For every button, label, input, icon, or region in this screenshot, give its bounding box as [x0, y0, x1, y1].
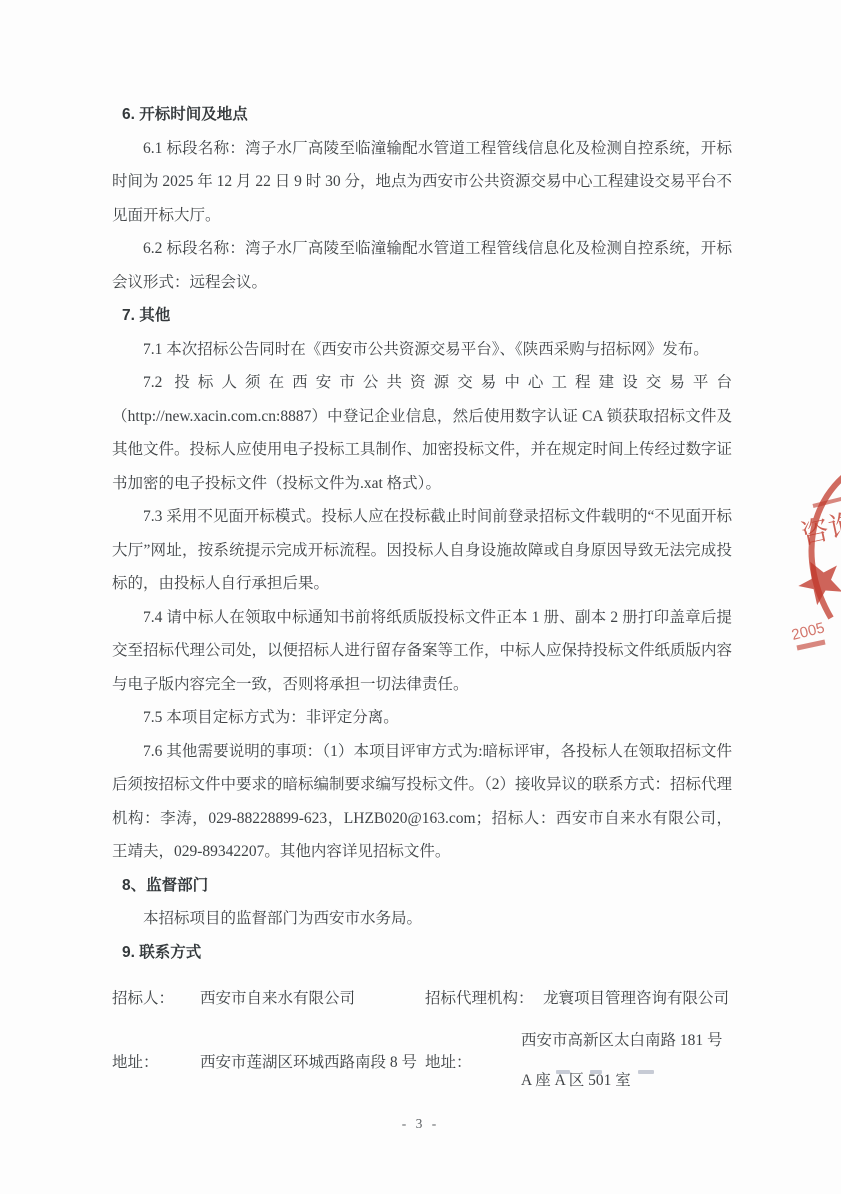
scan-artifact [638, 1070, 654, 1074]
paragraph-6-1: 6.1 标段名称：湾子水厂高陵至临潼输配水管道工程管线信息化及检测自控系统，开标… [112, 132, 732, 233]
section-6-heading: 6. 开标时间及地点 [112, 98, 732, 132]
scan-artifact [556, 1070, 570, 1074]
agency-address-line-2: A 座 A 区 501 室 [521, 1072, 631, 1089]
scan-artifact [590, 1070, 602, 1074]
agency-address-label: 地址： [425, 1050, 521, 1072]
contact-row-names: 招标人： 西安市自来水有限公司 招标代理机构： 龙寰项目管理咨询有限公司 [112, 975, 732, 1019]
paragraph-7-3: 7.3 采用不见面开标模式。投标人应在投标截止时间前登录招标文件载明的“不见面开… [112, 500, 732, 601]
seal-text: 咨询 [798, 508, 841, 551]
agency-name: 龙寰项目管理咨询有限公司 [543, 986, 732, 1008]
tenderer-label: 招标人： [112, 986, 200, 1008]
tenderer-name: 西安市自来水有限公司 [200, 986, 425, 1008]
section-8-heading: 8、监督部门 [112, 869, 732, 903]
agency-address: 西安市高新区太白南路 181 号 A 座 A 区 501 室 [521, 1021, 732, 1101]
seal-icon: 咨询 2005 [791, 440, 841, 655]
red-seal-partial: 咨询 2005 [791, 440, 841, 655]
document-body: 6. 开标时间及地点 6.1 标段名称：湾子水厂高陵至临潼输配水管道工程管线信息… [112, 98, 732, 1103]
tenderer-address-label: 地址： [112, 1050, 200, 1072]
seal-number: 2005 [791, 619, 826, 644]
paragraph-7-1: 7.1 本次招标公告同时在《西安市公共资源交易平台》、《陕西采购与招标网》发布。 [112, 333, 732, 367]
contact-info: 招标人： 西安市自来水有限公司 招标代理机构： 龙寰项目管理咨询有限公司 地址：… [112, 975, 732, 1103]
paragraph-7-2: 7.2 投标人须在西安市公共资源交易中心工程建设交易平台（http://new.… [112, 366, 732, 500]
paragraph-7-6: 7.6 其他需要说明的事项：（1）本项目评审方式为:暗标评审，各投标人在领取招标… [112, 735, 732, 869]
page-number: - 3 - [0, 1116, 841, 1132]
seal-star-icon [791, 551, 841, 608]
agency-label: 招标代理机构： [425, 986, 543, 1008]
agency-address-line-1: 西安市高新区太白南路 181 号 [521, 1032, 723, 1049]
paragraph-7-5: 7.5 本项目定标方式为：非评定分离。 [112, 701, 732, 735]
paragraph-8-1: 本招标项目的监督部门为西安市水务局。 [112, 902, 732, 936]
paragraph-6-2: 6.2 标段名称：湾子水厂高陵至临潼输配水管道工程管线信息化及检测自控系统，开标… [112, 232, 732, 299]
paragraph-7-4: 7.4 请中标人在领取中标通知书前将纸质版投标文件正本 1 册、副本 2 册打印… [112, 601, 732, 702]
tenderer-address: 西安市莲湖区环城西路南段 8 号 [200, 1050, 425, 1072]
section-7-heading: 7. 其他 [112, 299, 732, 333]
contact-row-addresses: 地址： 西安市莲湖区环城西路南段 8 号 地址： 西安市高新区太白南路 181 … [112, 1019, 732, 1103]
section-9-heading: 9. 联系方式 [112, 936, 732, 970]
document-page: 6. 开标时间及地点 6.1 标段名称：湾子水厂高陵至临潼输配水管道工程管线信息… [0, 0, 841, 1194]
